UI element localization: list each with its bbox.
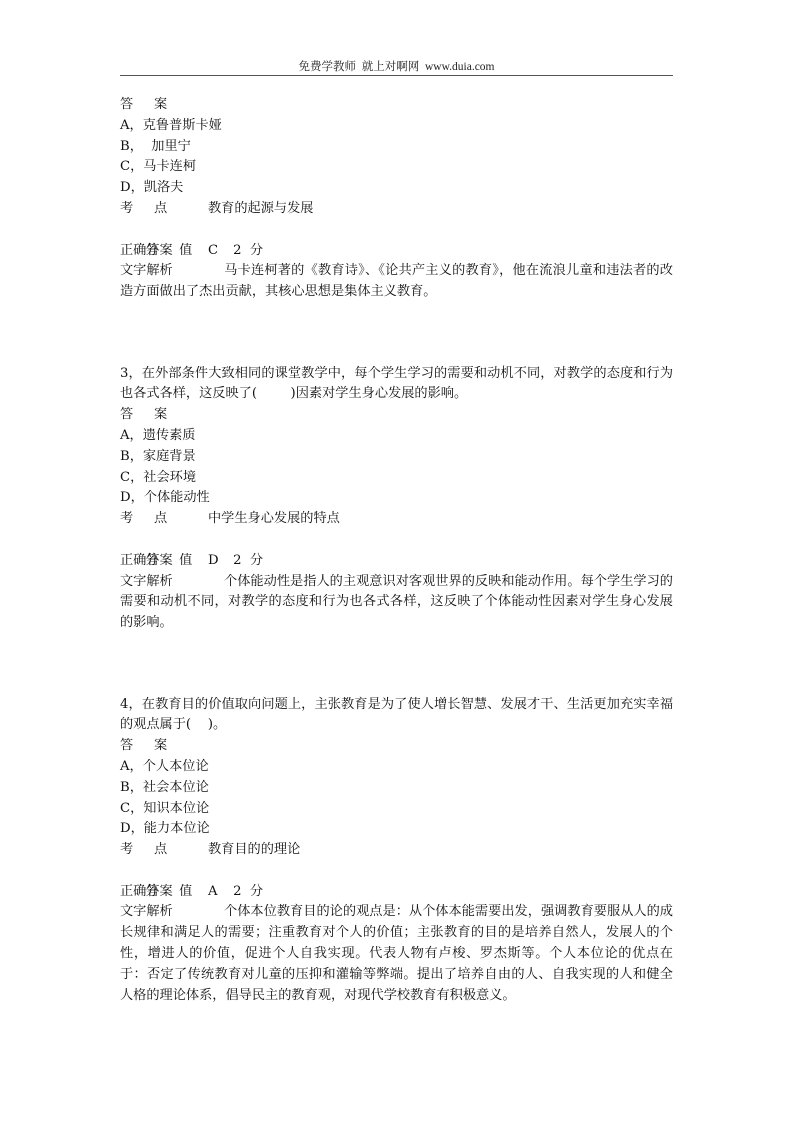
fenzhi-value: 2 分 <box>233 243 263 258</box>
kaodian-row: 考点教育目的的理论 <box>120 840 673 861</box>
analysis-row: 文字解析个体本位教育目的论的观点是：从个体本能需要出发，强调教育要服从人的成长规… <box>120 902 673 1006</box>
header-divider <box>120 75 673 76</box>
correct-answer-row: 正确答案C <box>120 241 673 262</box>
kaodian-row: 考点教育的起源与发展 <box>120 199 673 220</box>
question-stem: 4，在教育目的价值取向问题上，主张教育是为了使人增长智慧、发展才干、生活更加充实… <box>120 695 673 737</box>
option-b: B， 加里宁 <box>120 137 673 158</box>
kaodian-value: 教育的起源与发展 <box>208 201 314 216</box>
question-number: 3， <box>120 366 142 381</box>
fenzhi-value: 2 分 <box>233 553 263 568</box>
option-c: C，知识本位论 <box>120 799 673 820</box>
option-d: D，个体能动性 <box>120 488 673 509</box>
question-3: 3，在外部条件大致相同的课堂教学中，每个学生学习的需要和动机不同，对教学的态度和… <box>120 364 673 634</box>
correct-answer-row: 正确答案D <box>120 551 673 572</box>
page-header: 免费学教师 就上对啊网 www.duia.com <box>120 58 673 74</box>
spacer <box>120 303 673 345</box>
option-a: A，个人本位论 <box>120 757 673 778</box>
answer-label-row: 答案 <box>120 736 673 757</box>
question-text: 在外部条件大致相同的课堂教学中，每个学生学习的需要和动机不同，对教学的态度和行为… <box>120 366 673 402</box>
option-c: C，社会环境 <box>120 468 673 489</box>
option-a: A，克鲁普斯卡娅 <box>120 116 673 137</box>
fenzhi-row: 分值2 分 <box>120 530 673 551</box>
option-b: B，社会本位论 <box>120 778 673 799</box>
kaodian-value: 中学生身心发展的特点 <box>208 511 340 526</box>
analysis-row: 文字解析马卡连柯著的《教育诗》、《论共产主义的教育》，他在流浪儿童和违法者的改造… <box>120 261 673 303</box>
option-d: D，凯洛夫 <box>120 178 673 199</box>
question-text: 在教育目的价值取向问题上，主张教育是为了使人增长智慧、发展才干、生活更加充实幸福… <box>120 697 673 733</box>
kaodian-row: 考点中学生身心发展的特点 <box>120 509 673 530</box>
fenzhi-value: 2 分 <box>233 884 263 899</box>
fenzhi-row: 分值2 分 <box>120 861 673 882</box>
option-c: C，马卡连柯 <box>120 157 673 178</box>
option-d: D，能力本位论 <box>120 819 673 840</box>
answer-label-row: 答案 <box>120 405 673 426</box>
correct-answer-value: D <box>208 553 219 568</box>
correct-answer-row: 正确答案A <box>120 882 673 903</box>
correct-answer-value: A <box>208 884 218 899</box>
kaodian-value: 教育目的的理论 <box>208 842 300 857</box>
question-4: 4，在教育目的价值取向问题上，主张教育是为了使人增长智慧、发展才干、生活更加充实… <box>120 695 673 1007</box>
document-body: 答案 A，克鲁普斯卡娅 B， 加里宁 C，马卡连柯 D，凯洛夫 考点教育的起源与… <box>120 95 673 1006</box>
question-stem: 3，在外部条件大致相同的课堂教学中，每个学生学习的需要和动机不同，对教学的态度和… <box>120 364 673 406</box>
option-a: A，遗传素质 <box>120 426 673 447</box>
fenzhi-row: 分值2 分 <box>120 220 673 241</box>
analysis-row: 文字解析个体能动性是指人的主观意识对客观世界的反映和能动作用。每个学生学习的需要… <box>120 572 673 634</box>
correct-answer-value: C <box>208 243 218 258</box>
header-text: 免费学教师 就上对啊网 www.duia.com <box>298 61 494 73</box>
answer-label-row: 答案 <box>120 95 673 116</box>
question-2: 答案 A，克鲁普斯卡娅 B， 加里宁 C，马卡连柯 D，凯洛夫 考点教育的起源与… <box>120 95 673 303</box>
question-number: 4， <box>120 697 142 712</box>
answer-label-1: 答 <box>120 95 154 116</box>
answer-label-2: 案 <box>154 97 167 112</box>
spacer <box>120 634 673 676</box>
option-b: B，家庭背景 <box>120 447 673 468</box>
